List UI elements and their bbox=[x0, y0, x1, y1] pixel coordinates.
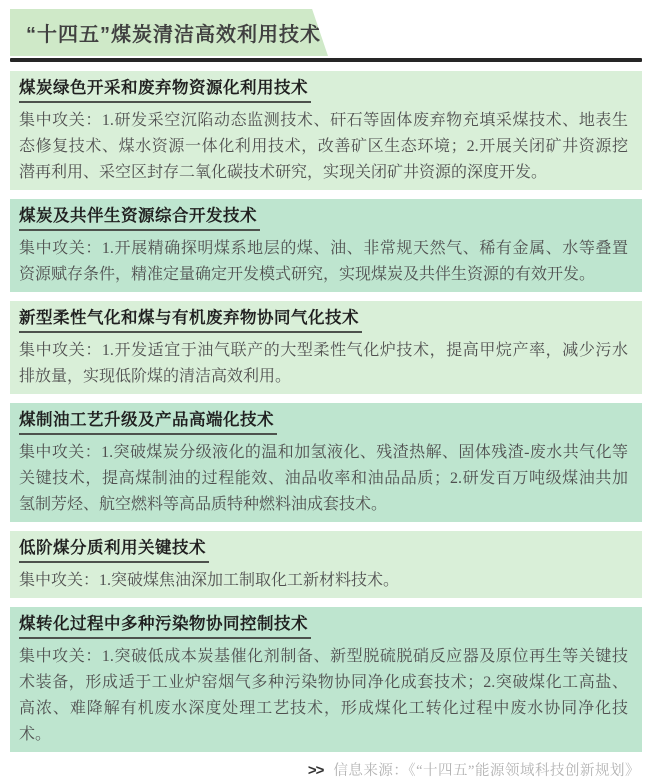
tech-section-pollutant-control: 煤转化过程中多种污染物协同控制技术 集中攻关：1.突破低成本炭基催化剂制备、新型… bbox=[10, 607, 642, 752]
tech-section-low-rank-coal: 低阶煤分质利用关键技术 集中攻关：1.突破煤焦油深加工制取化工新材料技术。 bbox=[10, 531, 642, 598]
tech-section-flexible-gasification: 新型柔性气化和煤与有机废弃物协同气化技术 集中攻关：1.开发适宜于油气联产的大型… bbox=[10, 301, 642, 394]
section-title: 低阶煤分质利用关键技术 bbox=[19, 539, 209, 563]
title-divider bbox=[10, 58, 642, 62]
double-chevron-icon: >> bbox=[308, 762, 324, 779]
section-body: 集中攻关：1.突破低成本炭基催化剂制备、新型脱硫脱硝反应器及原位再生等关键技 术… bbox=[19, 644, 628, 748]
section-body: 集中攻关：1.开展精确探明煤系地层的煤、油、非常规天然气、稀有金属、水等叠置 资… bbox=[19, 236, 628, 288]
body-line: 术。 bbox=[19, 722, 628, 748]
infographic-page: “十四五”煤炭清洁高效利用技术 煤炭绿色开采和废弃物资源化利用技术 集中攻关：1… bbox=[0, 0, 652, 779]
tech-section-coal-to-oil: 煤制油工艺升级及产品高端化技术 集中攻关：1.突破煤炭分级液化的温和加氢液化、残… bbox=[10, 403, 642, 522]
section-title: 新型柔性气化和煤与有机废弃物协同气化技术 bbox=[19, 309, 362, 333]
body-line: 关键技术，提高煤制油的过程能效、油品收率和油品品质；2.研发百万吨级煤油共加 bbox=[19, 466, 628, 492]
title-banner: “十四五”煤炭清洁高效利用技术 bbox=[10, 9, 328, 56]
tech-section-associated-resources: 煤炭及共伴生资源综合开发技术 集中攻关：1.开展精确探明煤系地层的煤、油、非常规… bbox=[10, 199, 642, 292]
source-text: 信息来源：《“十四五”能源领域科技创新规划》 bbox=[333, 763, 640, 779]
section-title: 煤制油工艺升级及产品高端化技术 bbox=[19, 411, 277, 435]
body-line: 高浓、难降解有机废水深度处理工艺技术，形成煤化工转化过程中废水协同净化技 bbox=[19, 696, 628, 722]
body-line: 态修复技术、煤水资源一体化利用技术，改善矿区生态环境；2.开展关闭矿井资源挖 bbox=[19, 134, 628, 160]
section-title: 煤炭及共伴生资源综合开发技术 bbox=[19, 207, 260, 231]
tech-section-green-mining: 煤炭绿色开采和废弃物资源化利用技术 集中攻关：1.研发采空沉陷动态监测技术、矸石… bbox=[10, 71, 642, 190]
page-title: “十四五”煤炭清洁高效利用技术 bbox=[26, 18, 321, 47]
body-line: 集中攻关：1.突破煤炭分级液化的温和加氢液化、残渣热解、固体残渣-废水共气化等 bbox=[19, 440, 628, 466]
body-line: 排放量，实现低阶煤的清洁高效利用。 bbox=[19, 364, 628, 390]
section-title: 煤转化过程中多种污染物协同控制技术 bbox=[19, 615, 311, 639]
body-line: 集中攻关：1.突破低成本炭基催化剂制备、新型脱硫脱硝反应器及原位再生等关键技 bbox=[19, 644, 628, 670]
body-line: 术装备，形成适于工业炉窑烟气多种污染物协同净化成套技术；2.突破煤化工高盐、 bbox=[19, 670, 628, 696]
body-line: 集中攻关：1.研发采空沉陷动态监测技术、矸石等固体废弃物充填采煤技术、地表生 bbox=[19, 108, 628, 134]
body-line: 集中攻关：1.开展精确探明煤系地层的煤、油、非常规天然气、稀有金属、水等叠置 bbox=[19, 236, 628, 262]
section-body: 集中攻关：1.研发采空沉陷动态监测技术、矸石等固体废弃物充填采煤技术、地表生 态… bbox=[19, 108, 628, 186]
section-body: 集中攻关：1.开发适宜于油气联产的大型柔性气化炉技术，提高甲烷产率，减少污水 排… bbox=[19, 338, 628, 390]
body-line: 氢制芳烃、航空燃料等高品质特种燃料油成套技术。 bbox=[19, 492, 628, 518]
source-footer: >>信息来源：《“十四五”能源领域科技创新规划》 bbox=[0, 761, 640, 779]
body-line: 集中攻关：1.突破煤焦油深加工制取化工新材料技术。 bbox=[19, 568, 628, 594]
body-line: 资源赋存条件，精准定量确定开发模式研究，实现煤炭及共伴生资源的有效开发。 bbox=[19, 262, 628, 288]
body-line: 潜再利用、采空区封存二氧化碳技术研究，实现关闭矿井资源的深度开发。 bbox=[19, 160, 628, 186]
section-title: 煤炭绿色开采和废弃物资源化利用技术 bbox=[19, 79, 311, 103]
section-body: 集中攻关：1.突破煤炭分级液化的温和加氢液化、残渣热解、固体残渣-废水共气化等 … bbox=[19, 440, 628, 518]
body-line: 集中攻关：1.开发适宜于油气联产的大型柔性气化炉技术，提高甲烷产率，减少污水 bbox=[19, 338, 628, 364]
section-body: 集中攻关：1.突破煤焦油深加工制取化工新材料技术。 bbox=[19, 568, 628, 594]
